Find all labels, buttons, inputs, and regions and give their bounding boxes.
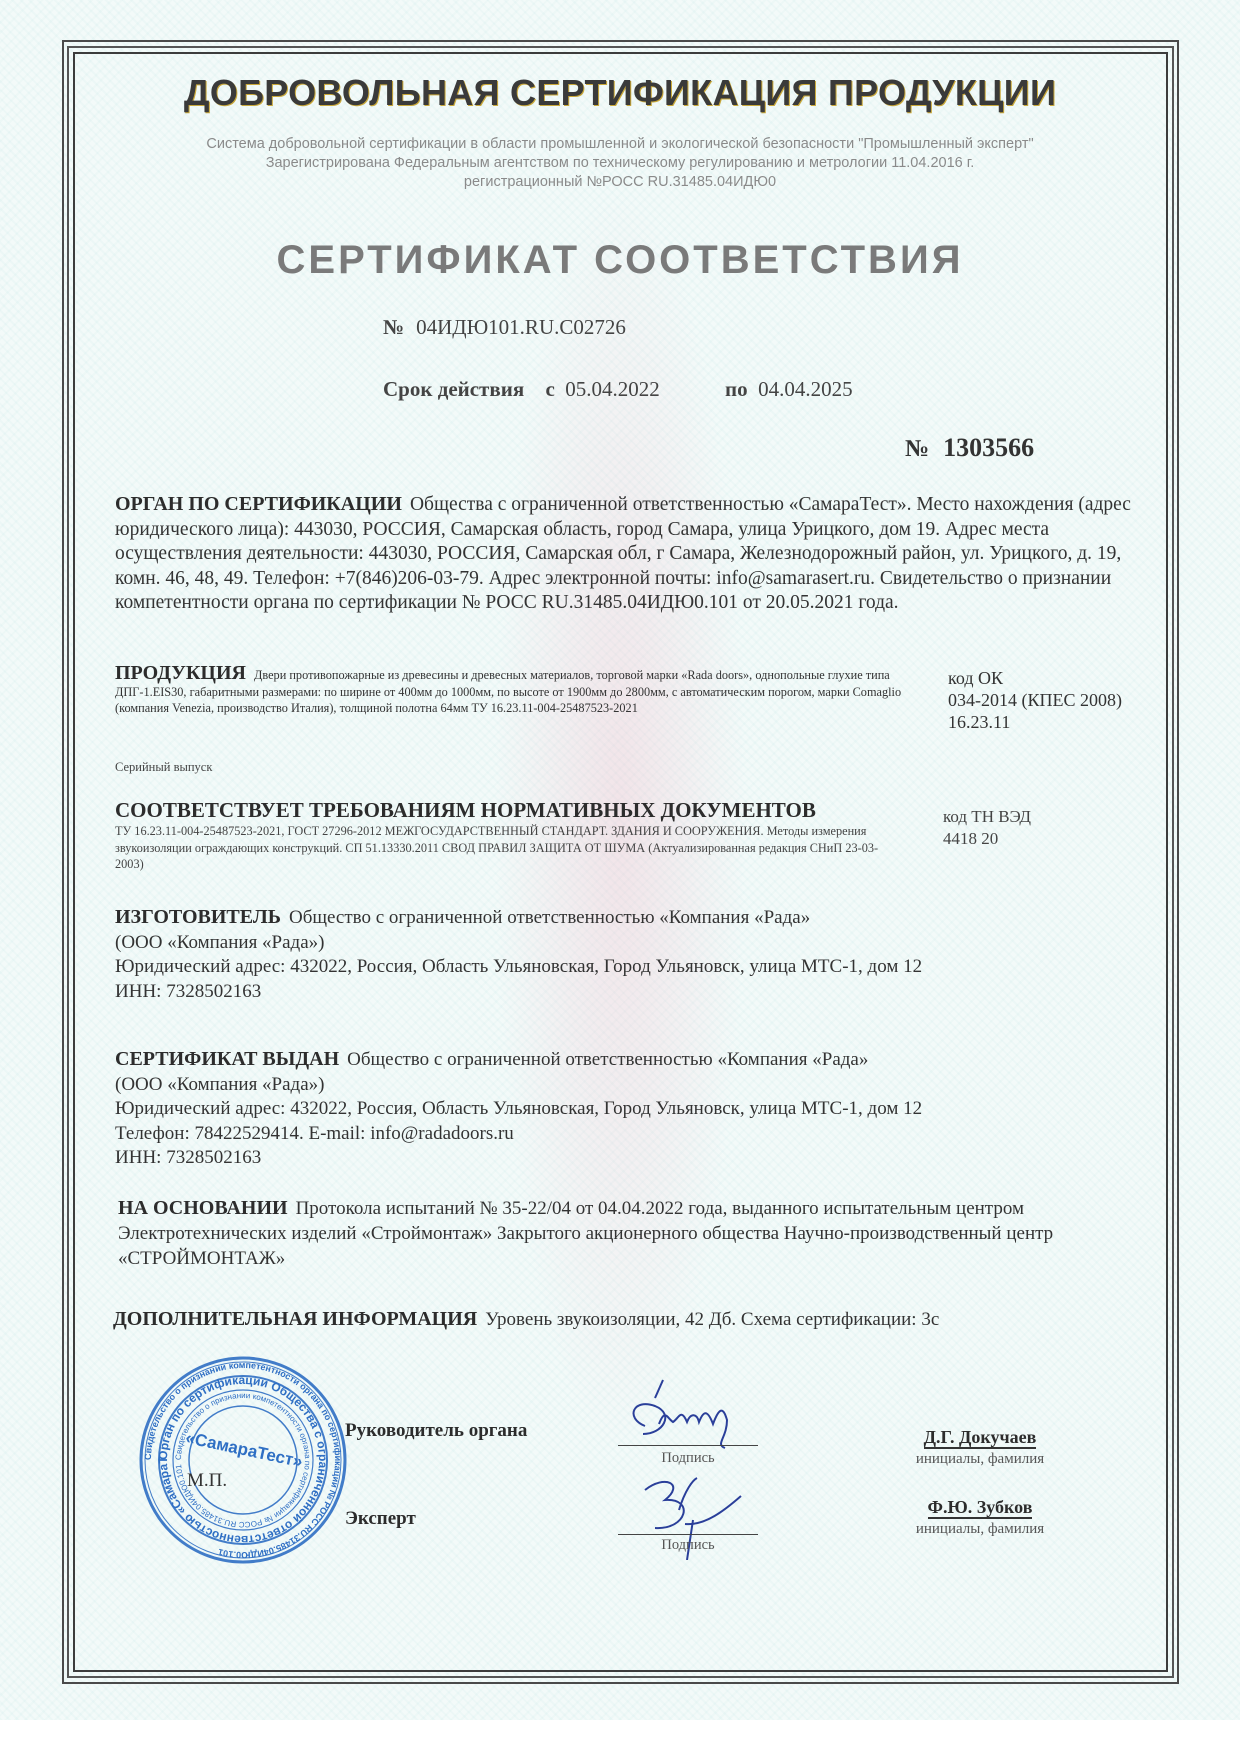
section-heading: ПРОДУКЦИЯ bbox=[115, 662, 246, 684]
section-line: (ООО «Компания «Рада») bbox=[115, 1073, 1135, 1098]
certificate-number: №04ИДЮ101.RU.С02726 bbox=[383, 315, 626, 340]
blank-number: №1303566 bbox=[905, 433, 1034, 463]
system-line: регистрационный №РОСС RU.31485.04ИДЮ0 bbox=[0, 173, 1240, 192]
code-line: код ТН ВЭД bbox=[943, 806, 1031, 828]
signature-caption: Подпись bbox=[618, 1450, 758, 1467]
expert-name: Ф.Ю. Зубков bbox=[895, 1497, 1065, 1518]
section-line: Общество с ограниченной ответственностью… bbox=[347, 1049, 868, 1070]
section-heading: ДОПОЛНИТЕЛЬНАЯ ИНФОРМАЦИЯ bbox=[113, 1308, 477, 1330]
section-certificate-issued-to: СЕРТИФИКАТ ВЫДАНОбщество с ограниченной … bbox=[115, 1047, 1135, 1171]
code-line: 16.23.11 bbox=[948, 711, 1122, 733]
tnved-code: код ТН ВЭД 4418 20 bbox=[943, 806, 1031, 850]
certificate-heading: СЕРТИФИКАТ СООТВЕТСТВИЯ bbox=[0, 238, 1240, 283]
system-line: Зарегистрирована Федеральным агентством … bbox=[0, 154, 1240, 173]
number-sign: № bbox=[905, 436, 929, 462]
validity-from-label: с bbox=[545, 377, 554, 401]
section-manufacturer: ИЗГОТОВИТЕЛЬОбщество с ограниченной отве… bbox=[115, 905, 1135, 1004]
blank-number-value: 1303566 bbox=[943, 433, 1034, 462]
section-basis: НА ОСНОВАНИИПротокола испытаний № 35-22/… bbox=[118, 1196, 1138, 1271]
validity-label: Срок действия bbox=[383, 377, 524, 401]
code-line: 034-2014 (КПЕС 2008) bbox=[948, 689, 1122, 711]
section-line: ИНН: 7328502163 bbox=[115, 1146, 1135, 1171]
section-line: (ООО «Компания «Рада») bbox=[115, 931, 1135, 956]
svg-text:«СамараТест»: «СамараТест» bbox=[184, 1428, 304, 1471]
section-certification-body: ОРГАН ПО СЕРТИФИКАЦИИОбщества с ограниче… bbox=[115, 492, 1135, 616]
head-name: Д.Г. Докучаев bbox=[895, 1427, 1065, 1448]
signature-line-expert bbox=[618, 1534, 758, 1535]
expert-label: Эксперт bbox=[345, 1508, 416, 1530]
normative-documents: ТУ 16.23.11-004-25487523-2021, ГОСТ 2729… bbox=[115, 823, 905, 873]
document-header-title: ДОБРОВОЛЬНАЯ СЕРТИФИКАЦИЯ ПРОДУКЦИИ bbox=[0, 72, 1240, 114]
section-line: ИНН: 7328502163 bbox=[115, 980, 1135, 1005]
system-line: Система добровольной сертификации в обла… bbox=[0, 135, 1240, 154]
section-heading: НА ОСНОВАНИИ bbox=[118, 1197, 288, 1219]
section-line: Юридический адрес: 432022, Россия, Облас… bbox=[115, 1097, 1135, 1122]
stamp-seal-icon: Свидетельство о признании компетентности… bbox=[133, 1355, 353, 1565]
head-of-body-label: Руководитель органа bbox=[345, 1420, 527, 1442]
validity-period: Срок действия с 05.04.2022 по 04.04.2025 bbox=[383, 377, 853, 402]
name-caption: инициалы, фамилия bbox=[885, 1451, 1075, 1468]
section-heading: СЕРТИФИКАТ ВЫДАН bbox=[115, 1048, 339, 1070]
paper-margin bbox=[0, 1720, 1240, 1754]
validity-to-date: 04.04.2025 bbox=[758, 377, 853, 401]
section-heading: ИЗГОТОВИТЕЛЬ bbox=[115, 906, 281, 928]
code-line: 4418 20 bbox=[943, 828, 1031, 850]
stamp-place-label: М.П. bbox=[187, 1470, 227, 1492]
section-heading-conforms: СООТВЕТСТВУЕТ ТРЕБОВАНИЯМ НОРМАТИВНЫХ ДО… bbox=[115, 798, 816, 823]
section-product: ПРОДУКЦИЯДвери противопожарные из древес… bbox=[115, 665, 945, 717]
production-type: Серийный выпуск bbox=[115, 760, 212, 775]
certification-system-info: Система добровольной сертификации в обла… bbox=[0, 135, 1240, 192]
signature-head-icon bbox=[615, 1378, 765, 1458]
product-okpd-code: код ОК 034-2014 (КПЕС 2008) 16.23.11 bbox=[948, 667, 1122, 733]
name-caption: инициалы, фамилия bbox=[885, 1521, 1075, 1538]
section-line: Общество с ограниченной ответственностью… bbox=[289, 907, 810, 928]
section-line: Юридический адрес: 432022, Россия, Облас… bbox=[115, 955, 1135, 980]
section-additional-info: ДОПОЛНИТЕЛЬНАЯ ИНФОРМАЦИЯУровень звукоиз… bbox=[113, 1307, 1143, 1333]
section-heading: ОРГАН ПО СЕРТИФИКАЦИИ bbox=[115, 493, 402, 515]
certificate-number-value: 04ИДЮ101.RU.С02726 bbox=[416, 315, 626, 339]
code-line: код ОК bbox=[948, 667, 1122, 689]
section-line: Телефон: 78422529414. E-mail: info@radad… bbox=[115, 1122, 1135, 1147]
section-text: Уровень звукоизоляции, 42 Дб. Схема серт… bbox=[485, 1309, 939, 1330]
signature-line-head bbox=[618, 1445, 758, 1446]
validity-to-label: по bbox=[725, 377, 748, 401]
number-sign: № bbox=[383, 315, 404, 339]
signature-caption: Подпись bbox=[618, 1537, 758, 1554]
validity-from-date: 05.04.2022 bbox=[565, 377, 660, 401]
